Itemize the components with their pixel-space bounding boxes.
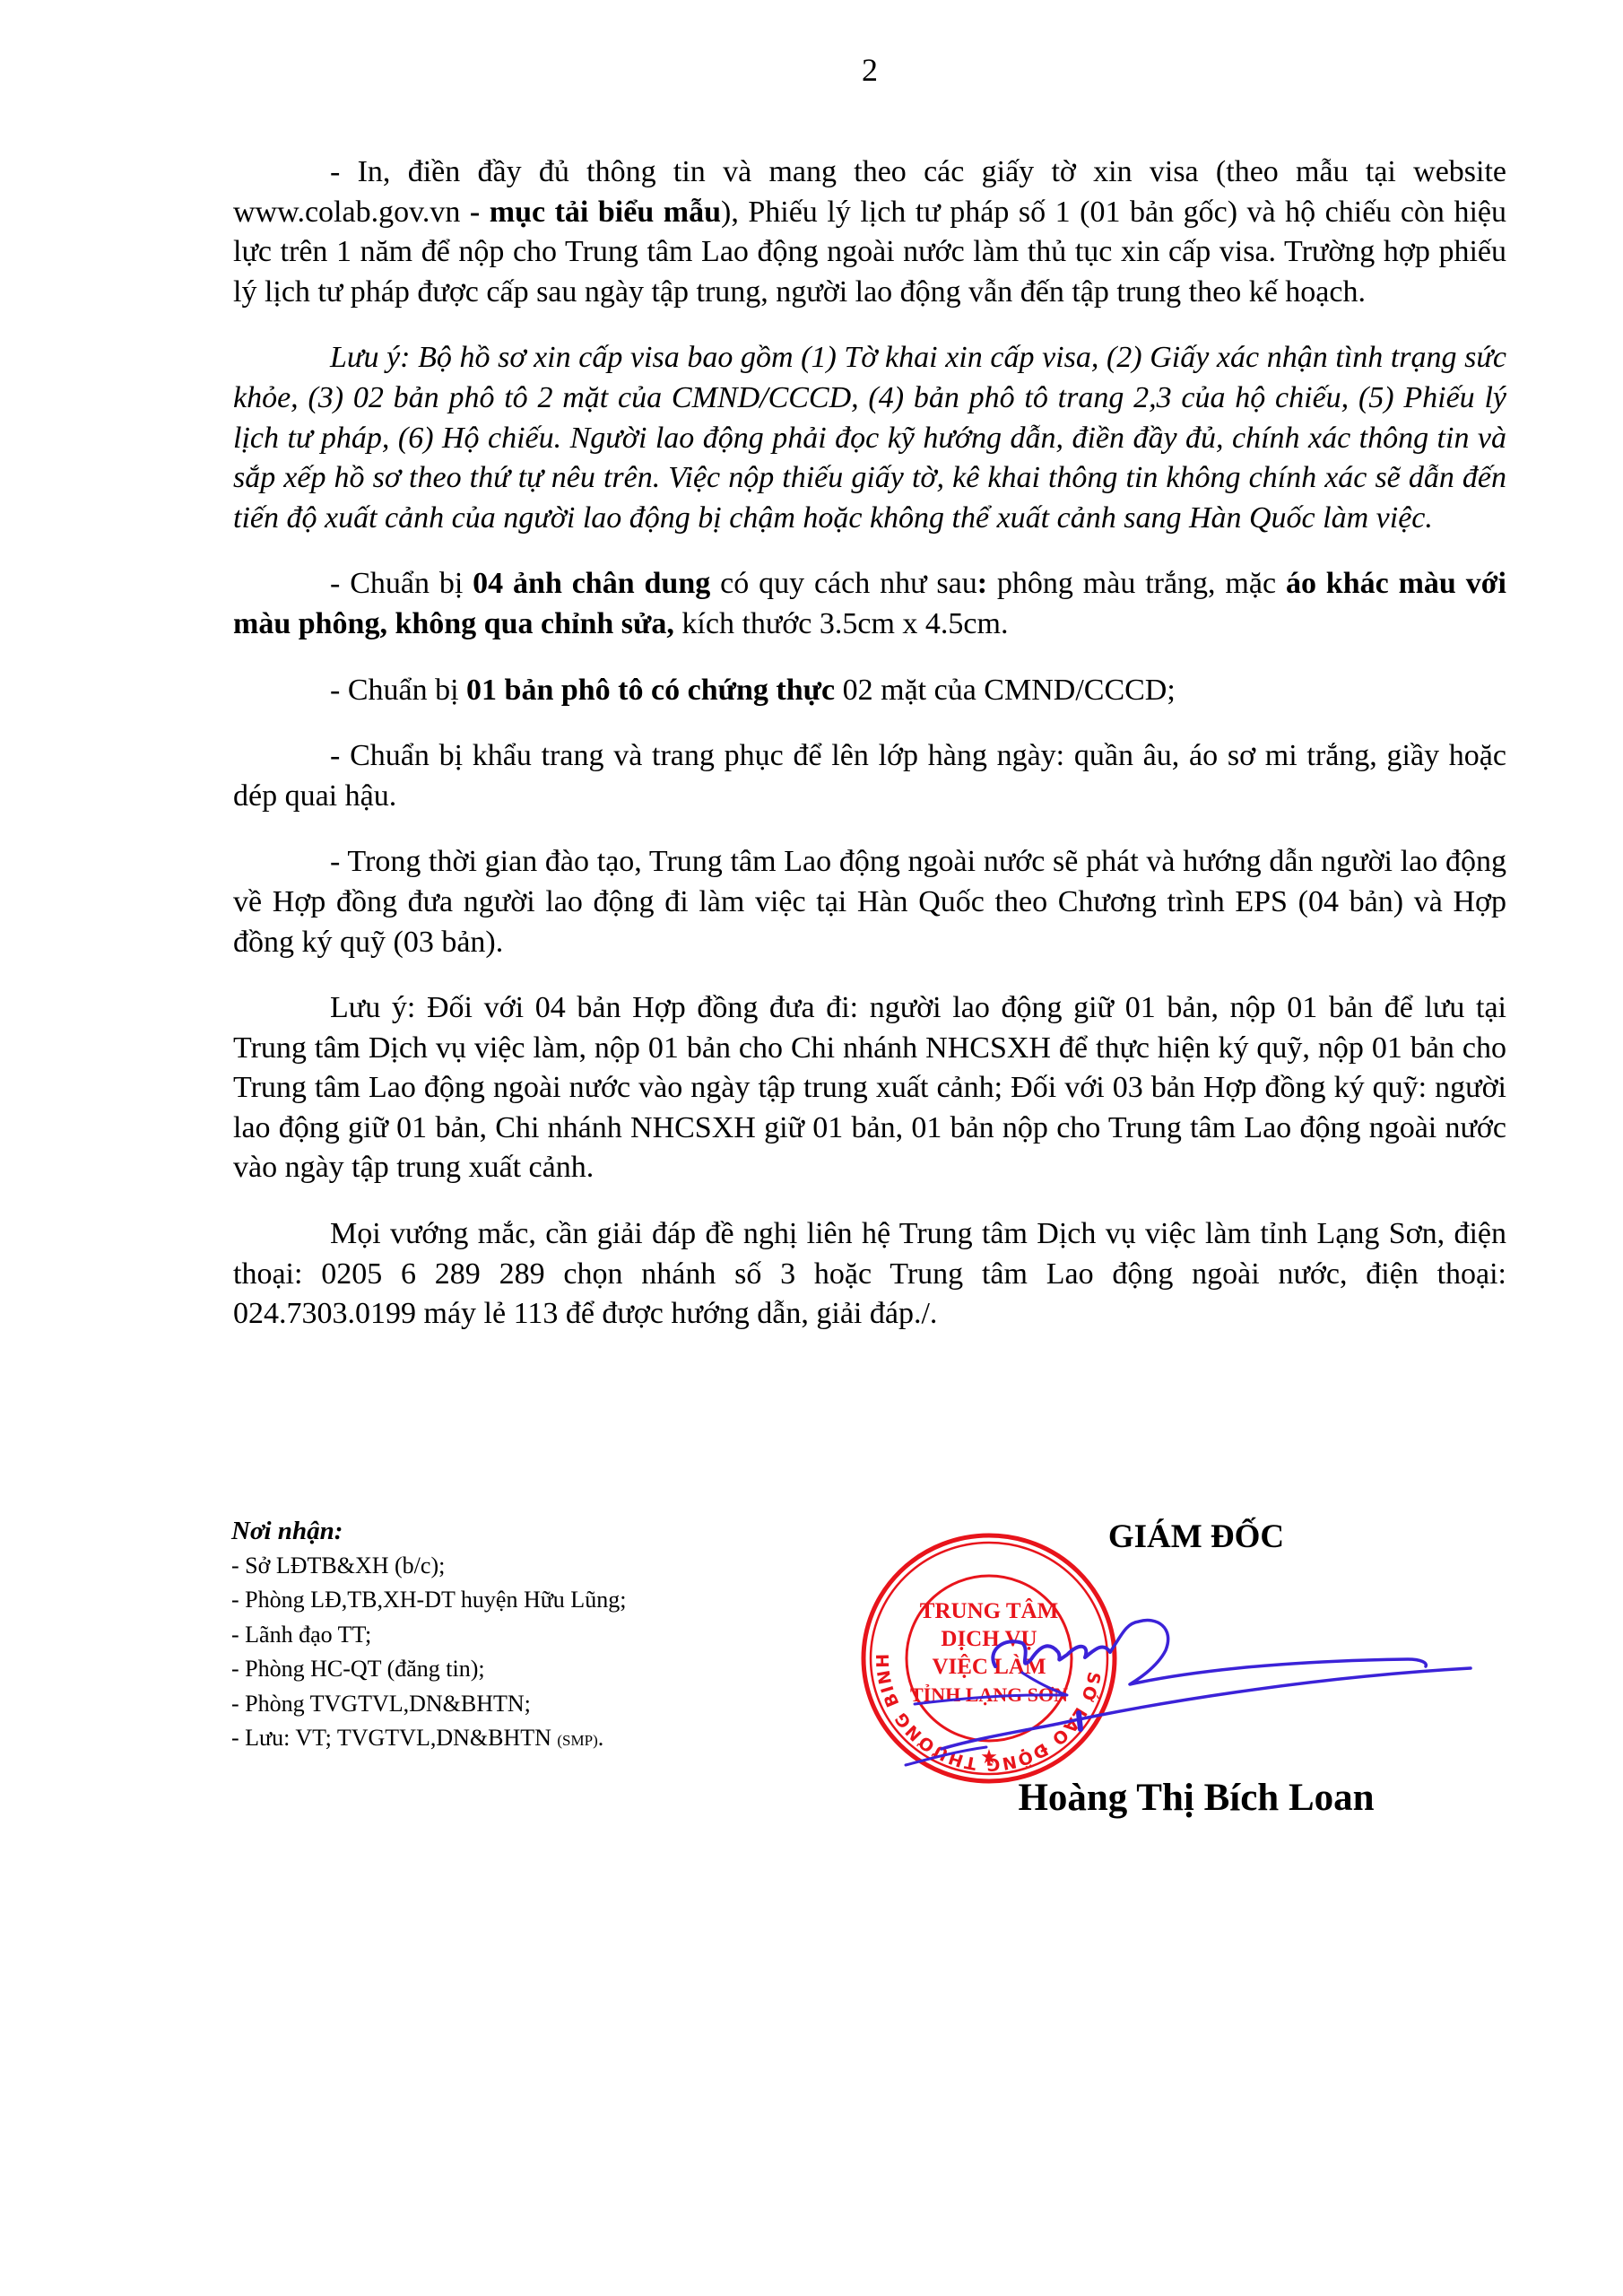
paragraph-text: có quy cách như sau <box>710 567 976 600</box>
paragraph-text: - Chuẩn bị <box>330 674 466 707</box>
signer-name: Hoàng Thị Bích Loan <box>972 1776 1420 1821</box>
body-paragraph: - Chuẩn bị 04 ảnh chân dung có quy cách … <box>233 564 1506 644</box>
emphasis-text: 04 ảnh chân dung <box>473 567 710 600</box>
paragraph-text: Lưu ý: Đối với 04 bản Hợp đồng đưa đi: n… <box>233 991 1506 1184</box>
recipient-text: - Phòng TVGTVL,DN&BHTN; <box>231 1691 531 1717</box>
paragraph-text: kích thước 3.5cm x 4.5cm. <box>674 607 1009 640</box>
recipient-item: - Phòng LĐ,TB,XH-DT huyện Hữu Lũng; <box>231 1583 787 1618</box>
page-number: 2 <box>0 52 1623 88</box>
recipient-text: - Phòng LĐ,TB,XH-DT huyện Hữu Lũng; <box>231 1587 626 1613</box>
body-paragraph: - Chuẩn bị khẩu trang và trang phục để l… <box>233 736 1506 816</box>
recipients-block: Nơi nhận: - Sở LĐTB&XH (b/c);- Phòng LĐ,… <box>231 1514 787 1759</box>
paragraph-text: - Trong thời gian đào tạo, Trung tâm Lao… <box>233 845 1506 958</box>
paragraph-text: - Chuẩn bị khẩu trang và trang phục để l… <box>233 739 1506 813</box>
emphasis-text: 01 bản phô tô có chứng thực <box>466 674 835 707</box>
recipient-item: - Sở LĐTB&XH (b/c); <box>231 1549 787 1584</box>
recipient-item: - Phòng HC-QT (đăng tin); <box>231 1652 787 1687</box>
signature-icon <box>968 1587 1471 1767</box>
recipient-text: - Sở LĐTB&XH (b/c); <box>231 1552 445 1578</box>
recipient-text: - Lưu: VT; TVGTVL,DN&BHTN <box>231 1725 557 1751</box>
recipients-list: - Sở LĐTB&XH (b/c);- Phòng LĐ,TB,XH-DT h… <box>231 1549 787 1759</box>
body-paragraph: Mọi vướng mắc, cần giải đáp đề nghị liên… <box>233 1214 1506 1335</box>
recipient-item: - Lưu: VT; TVGTVL,DN&BHTN (SMP). <box>231 1721 787 1759</box>
recipient-item: - Lãnh đạo TT; <box>231 1618 787 1653</box>
body-paragraph: - Trong thời gian đào tạo, Trung tâm Lao… <box>233 842 1506 962</box>
paragraph-text: Lưu ý: Bộ hồ sơ xin cấp visa bao gồm (1)… <box>233 341 1506 534</box>
recipient-item: - Phòng TVGTVL,DN&BHTN; <box>231 1687 787 1722</box>
body-paragraph: - Chuẩn bị 01 bản phô tô có chứng thực 0… <box>233 671 1506 711</box>
paragraph-text: Mọi vướng mắc, cần giải đáp đề nghị liên… <box>233 1217 1506 1330</box>
recipient-note: (SMP) <box>557 1732 597 1749</box>
body-paragraph: Lưu ý: Bộ hồ sơ xin cấp visa bao gồm (1)… <box>233 338 1506 538</box>
body-paragraph: - In, điền đầy đủ thông tin và mang theo… <box>233 152 1506 312</box>
recipient-text: - Lãnh đạo TT; <box>231 1622 371 1648</box>
document-body: - In, điền đầy đủ thông tin và mang theo… <box>233 152 1506 1361</box>
paragraph-text: 02 mặt của CMND/CCCD; <box>835 674 1176 707</box>
recipients-title: Nơi nhận: <box>231 1514 787 1549</box>
emphasis-text: - mục tải biểu mẫu <box>470 196 721 229</box>
paragraph-text: - Chuẩn bị <box>330 567 473 600</box>
emphasis-text: : <box>977 567 987 600</box>
paragraph-text: phông màu trắng, mặc <box>987 567 1286 600</box>
recipient-text: - Phòng HC-QT (đăng tin); <box>231 1656 485 1682</box>
body-paragraph: Lưu ý: Đối với 04 bản Hợp đồng đưa đi: n… <box>233 988 1506 1188</box>
